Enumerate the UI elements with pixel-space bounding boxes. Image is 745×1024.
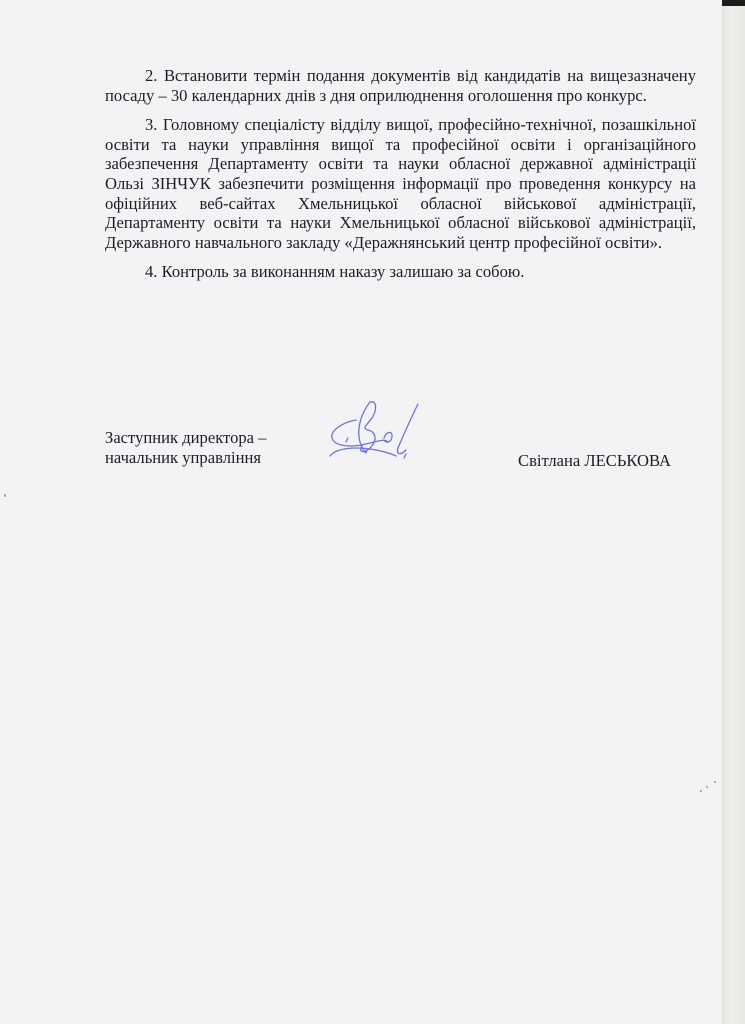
- paragraph-4: 4. Контроль за виконанням наказу залишаю…: [105, 262, 696, 282]
- paragraph-3: 3. Головному спеціалісту відділу вищої, …: [105, 115, 696, 252]
- signer-position-line2: начальник управління: [105, 448, 267, 468]
- handwritten-signature-icon: [326, 398, 428, 468]
- scanner-page-edge: [722, 0, 745, 1024]
- scan-artifact: [714, 781, 716, 783]
- document-body: 2. Встановити термін подання документів …: [105, 66, 696, 292]
- scanner-shadow: [722, 0, 745, 6]
- signer-position: Заступник директора – начальник управлін…: [105, 428, 267, 467]
- scan-artifact: [706, 786, 708, 788]
- scanned-page: 2. Встановити термін подання документів …: [0, 0, 722, 1024]
- scan-artifact: [700, 790, 702, 792]
- signer-name: Світлана ЛЕСЬКОВА: [518, 451, 671, 471]
- scan-artifact: [4, 494, 6, 497]
- paragraph-2: 2. Встановити термін подання документів …: [105, 66, 696, 105]
- signer-position-line1: Заступник директора –: [105, 428, 267, 448]
